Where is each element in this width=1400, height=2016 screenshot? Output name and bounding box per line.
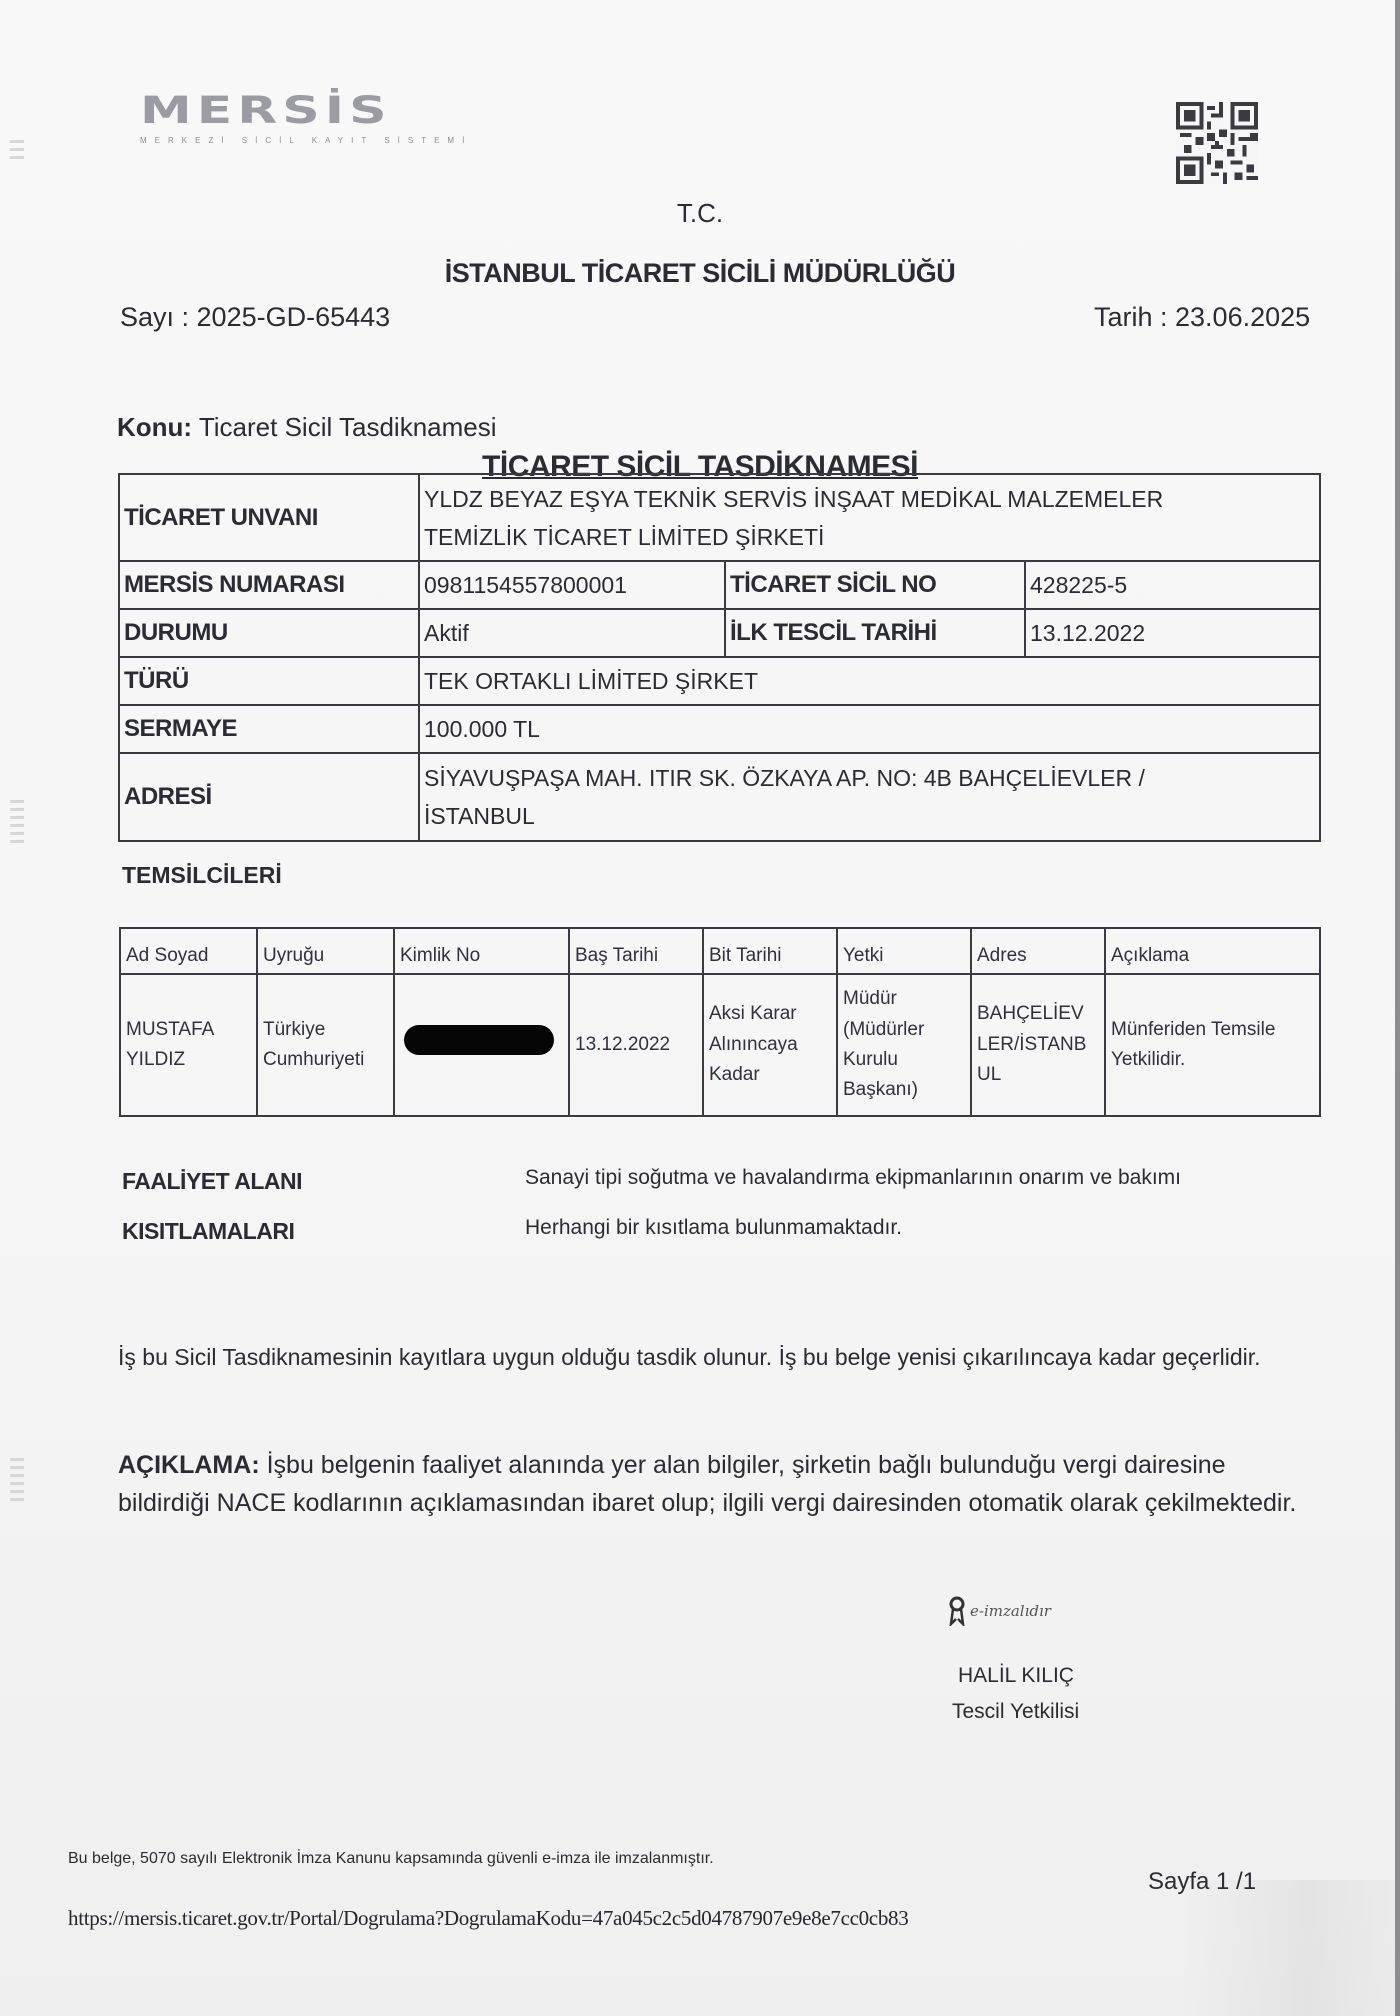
- mersis-number-label: MERSİS NUMARASI: [119, 561, 419, 609]
- rep-start-date: 13.12.2022: [569, 974, 703, 1116]
- e-signature-stamp: e-imzalıdır: [948, 1596, 1051, 1626]
- document-date: Tarih : 23.06.2025: [1094, 302, 1310, 333]
- table-row: TÜRÜ TEK ORTAKLI LİMİTED ŞİRKET: [119, 657, 1320, 705]
- rep-description: Münferiden Temsile Yetkilidir.: [1105, 974, 1320, 1116]
- rep-nationality: Türkiye Cumhuriyeti: [257, 974, 394, 1116]
- address-line: SİYAVUŞPAŞA MAH. ITIR SK. ÖZKAYA AP. NO:…: [424, 759, 1315, 797]
- trade-name-label: TİCARET UNVANI: [119, 474, 419, 561]
- first-registration-value: 13.12.2022: [1025, 609, 1320, 657]
- qr-code-icon: [1176, 102, 1258, 184]
- mersis-logo: MERSİS MERKEZİ SİCİL KAYIT SİSTEMİ: [140, 92, 472, 145]
- capital-label: SERMAYE: [119, 705, 419, 753]
- office-heading: İSTANBUL TİCARET SİCİLİ MÜDÜRLÜĞÜ: [0, 258, 1400, 289]
- rep-id-number: [394, 974, 569, 1116]
- document-number: Sayı : 2025-GD-65443: [120, 302, 390, 333]
- column-header: Ad Soyad: [120, 928, 257, 974]
- address-value: SİYAVUŞPAŞA MAH. ITIR SK. ÖZKAYA AP. NO:…: [419, 753, 1320, 841]
- rep-address: BAHÇELİEV LER/İSTANB UL: [971, 974, 1105, 1116]
- table-row: MUSTAFA YILDIZ Türkiye Cumhuriyeti 13.12…: [120, 974, 1320, 1116]
- e-signed-label: e-imzalıdır: [970, 1602, 1051, 1620]
- table-row: DURUMU Aktif İLK TESCİL TARİHİ 13.12.202…: [119, 609, 1320, 657]
- address-line: İSTANBUL: [424, 797, 1315, 835]
- subject-label: Konu:: [117, 412, 192, 442]
- type-value: TEK ORTAKLI LİMİTED ŞİRKET: [419, 657, 1320, 705]
- page-edge: [1395, 0, 1400, 2016]
- mersis-number-value: 0981154557800001: [419, 561, 725, 609]
- activity-value: Sanayi tipi soğutma ve havalandırma ekip…: [525, 1166, 1181, 1190]
- address-label: ADRESİ: [119, 753, 419, 841]
- certification-text: İş bu Sicil Tasdiknamesinin kayıtlara uy…: [118, 1336, 1268, 1378]
- trade-name-line: YLDZ BEYAZ EŞYA TEKNİK SERVİS İNŞAAT MED…: [424, 480, 1315, 518]
- activity-label: FAALİYET ALANI: [122, 1168, 302, 1195]
- signer-title: Tescil Yetkilisi: [952, 1700, 1079, 1724]
- logo-wordmark: MERSİS: [140, 92, 472, 129]
- punch-marks: [10, 140, 24, 164]
- status-label: DURUMU: [119, 609, 419, 657]
- subject-line: Konu: Ticaret Sicil Tasdiknamesi: [117, 412, 497, 443]
- rep-authority: Müdür (Müdürler Kurulu Başkanı): [837, 974, 971, 1116]
- trade-name-line: TEMİZLİK TİCARET LİMİTED ŞİRKETİ: [424, 518, 1315, 556]
- e-signature-law-note: Bu belge, 5070 sayılı Elektronik İmza Ka…: [68, 1850, 714, 1868]
- type-label: TÜRÜ: [119, 657, 419, 705]
- column-header: Baş Tarihi: [569, 928, 703, 974]
- paper-shadow: [1180, 1880, 1395, 2016]
- capital-value: 100.000 TL: [419, 705, 1320, 753]
- verification-url[interactable]: https://mersis.ticaret.gov.tr/Portal/Dog…: [68, 1906, 908, 1931]
- explanation-paragraph: AÇIKLAMA: İşbu belgenin faaliyet alanınd…: [118, 1446, 1298, 1522]
- representatives-heading: TEMSİLCİLERİ: [122, 862, 282, 889]
- logo-subtitle: MERKEZİ SİCİL KAYIT SİSTEMİ: [140, 136, 472, 145]
- table-row: MERSİS NUMARASI 0981154557800001 TİCARET…: [119, 561, 1320, 609]
- punch-marks: [10, 800, 24, 848]
- redaction-mark: [404, 1025, 554, 1055]
- representatives-table: Ad Soyad Uyruğu Kimlik No Baş Tarihi Bit…: [119, 927, 1321, 1117]
- restrictions-value: Herhangi bir kısıtlama bulunmamaktadır.: [525, 1216, 902, 1240]
- table-header-row: Ad Soyad Uyruğu Kimlik No Baş Tarihi Bit…: [120, 928, 1320, 974]
- rep-name: MUSTAFA YILDIZ: [120, 974, 257, 1116]
- signer-name: HALİL KILIÇ: [958, 1664, 1074, 1688]
- column-header: Bit Tarihi: [703, 928, 837, 974]
- registry-number-label: TİCARET SİCİL NO: [725, 561, 1025, 609]
- column-header: Uyruğu: [257, 928, 394, 974]
- rep-end-date: Aksi Karar Alınıncaya Kadar: [703, 974, 837, 1116]
- subject-value: Ticaret Sicil Tasdiknamesi: [199, 412, 497, 442]
- explanation-text: İşbu belgenin faaliyet alanında yer alan…: [118, 1451, 1296, 1517]
- table-row: TİCARET UNVANI YLDZ BEYAZ EŞYA TEKNİK SE…: [119, 474, 1320, 561]
- column-header: Kimlik No: [394, 928, 569, 974]
- table-row: ADRESİ SİYAVUŞPAŞA MAH. ITIR SK. ÖZKAYA …: [119, 753, 1320, 841]
- first-registration-label: İLK TESCİL TARİHİ: [725, 609, 1025, 657]
- explanation-label: AÇIKLAMA:: [118, 1451, 260, 1479]
- ribbon-seal-icon: [948, 1596, 966, 1626]
- column-header: Yetki: [837, 928, 971, 974]
- trade-name-value: YLDZ BEYAZ EŞYA TEKNİK SERVİS İNŞAAT MED…: [419, 474, 1320, 561]
- punch-marks: [10, 1458, 24, 1506]
- column-header: Açıklama: [1105, 928, 1320, 974]
- page-number: Sayfa 1 /1: [1148, 1868, 1256, 1896]
- table-row: SERMAYE 100.000 TL: [119, 705, 1320, 753]
- country-heading: T.C.: [0, 198, 1400, 229]
- registry-number-value: 428225-5: [1025, 561, 1320, 609]
- restrictions-label: KISITLAMALARI: [122, 1218, 294, 1245]
- company-info-table: TİCARET UNVANI YLDZ BEYAZ EŞYA TEKNİK SE…: [118, 473, 1321, 842]
- column-header: Adres: [971, 928, 1105, 974]
- status-value: Aktif: [419, 609, 725, 657]
